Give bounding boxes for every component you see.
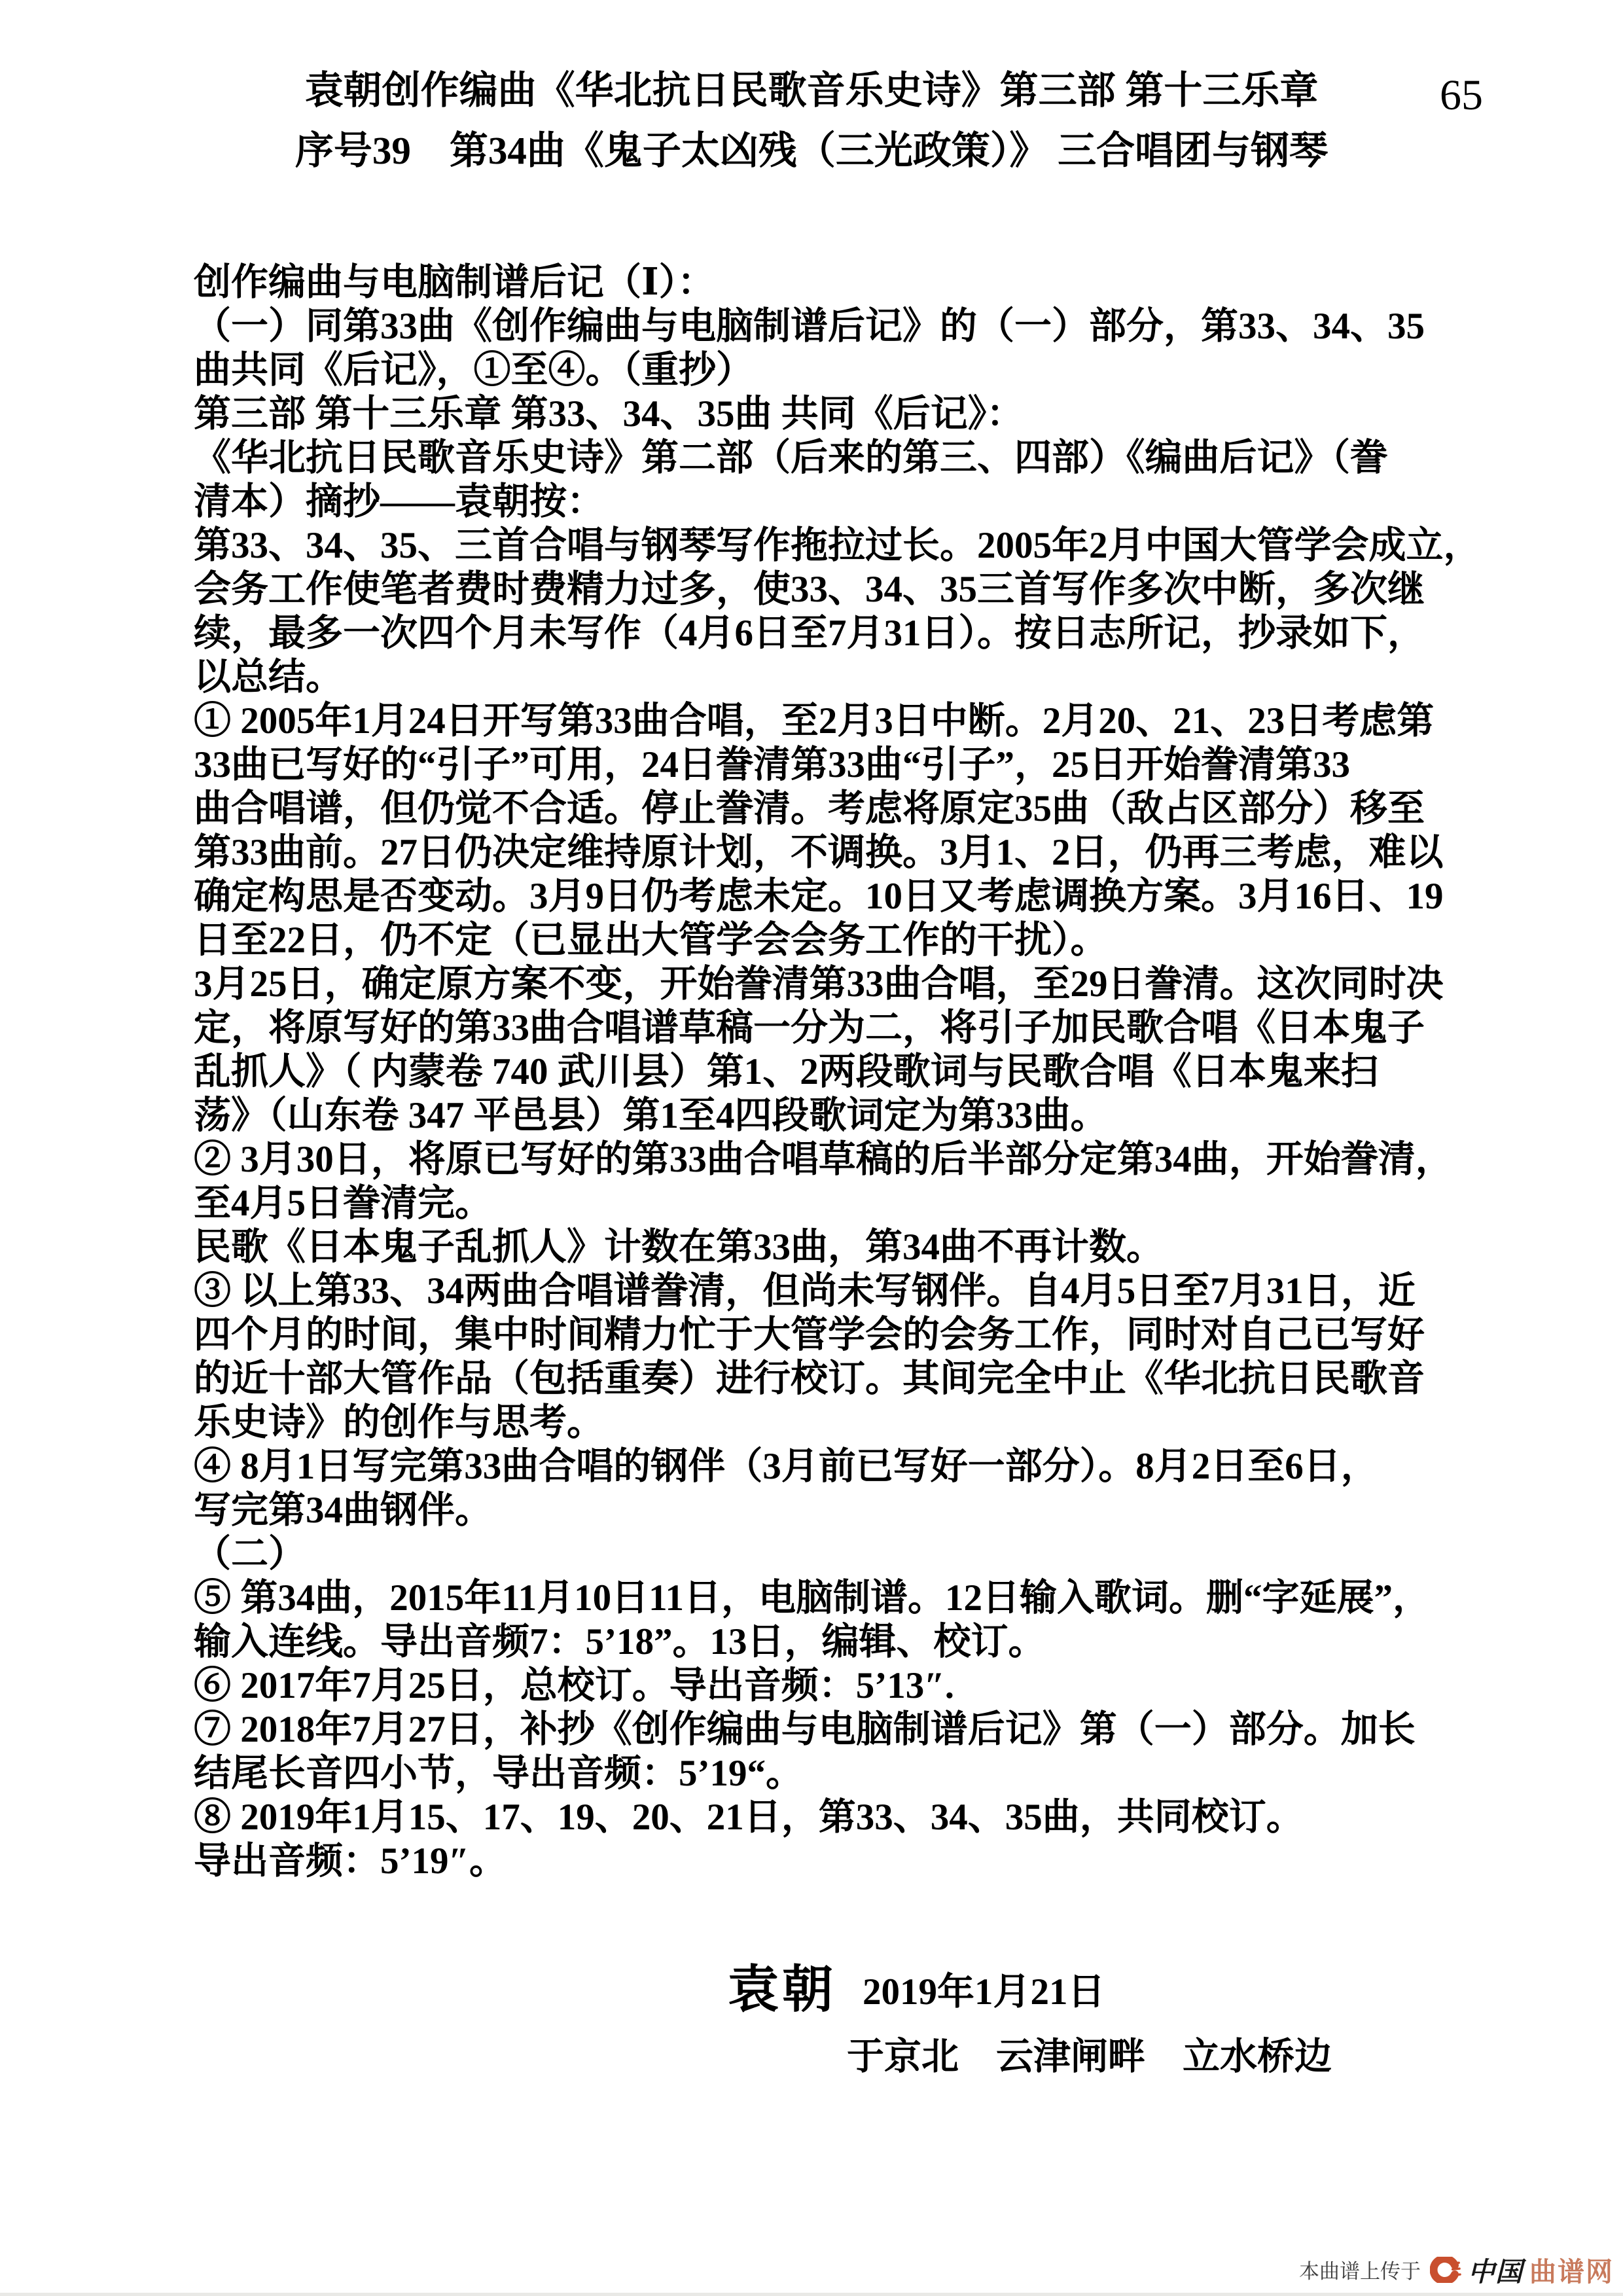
text-line: ③ 以上第33、34两曲合唱谱誊清，但尚未写钢伴。自4月5日至7月31日，近 xyxy=(194,1269,1481,1313)
text-line: 《华北抗日民歌音乐史诗》第二部（后来的第三、四部）《编曲后记》（誊 xyxy=(194,436,1481,480)
signature-block: 袁朝 2019年1月21日 于京北 云津闸畔 立水桥边 xyxy=(728,1964,1332,2080)
text-line: 清本）摘抄——袁朝按： xyxy=(194,480,1481,524)
text-line: ⑤ 第34曲，2015年11月10日11日，电脑制谱。12日输入歌词。删“字延展… xyxy=(194,1576,1481,1620)
document-page: 袁朝创作编曲《华北抗日民歌音乐史诗》第三部 第十三乐章 序号39 第34曲《鬼子… xyxy=(0,0,1623,2296)
text-line: 第三部 第十三乐章 第33、34、35曲 共同《后记》： xyxy=(194,392,1481,436)
author-name: 袁朝 xyxy=(728,1964,836,2016)
text-line: 乱抓人》（ 内蒙卷 740 武川县）第1、2两段歌词与民歌合唱《日本鬼来扫 xyxy=(194,1050,1481,1094)
text-line: 日至22日，仍不定（已显出大管学会会务工作的干扰）。 xyxy=(194,918,1481,962)
text-line: 创作编曲与电脑制谱后记（Ⅰ）： xyxy=(194,260,1481,304)
text-line: 四个月的时间，集中时间精力忙于大管学会的会务工作，同时对自己已写好 xyxy=(194,1313,1481,1357)
text-line: 的近十部大管作品（包括重奏）进行校订。其间完全中止《华北抗日民歌音 xyxy=(194,1357,1481,1401)
text-line: 至4月5日誊清完。 xyxy=(194,1181,1481,1225)
text-line: 定，将原写好的第33曲合唱谱草稿一分为二，将引子加民歌合唱《日本鬼子 xyxy=(194,1006,1481,1050)
text-line: 写完第34曲钢伴。 xyxy=(194,1488,1481,1532)
text-line: ① 2005年1月24日开写第33曲合唱，至2月3日中断。2月20、21、23日… xyxy=(194,699,1481,743)
page-number: 65 xyxy=(1440,71,1483,120)
signature-date: 2019年1月21日 xyxy=(863,1972,1105,2016)
text-line: 结尾长音四小节，导出音频：5’19“。 xyxy=(194,1751,1481,1795)
text-line: ⑦ 2018年7月27日，补抄《创作编曲与电脑制谱后记》第（一）部分。加长 xyxy=(194,1708,1481,1751)
music-score-site-logo-icon xyxy=(1430,2257,1461,2283)
text-line: ④ 8月1日写完第33曲合唱的钢伴（3月前已写好一部分）。8月2日至6日， xyxy=(194,1444,1481,1488)
text-line: ⑥ 2017年7月25日，总校订。导出音频：5’13″. xyxy=(194,1664,1481,1708)
header-title-line1: 袁朝创作编曲《华北抗日民歌音乐史诗》第三部 第十三乐章 xyxy=(111,60,1512,120)
text-line: 3月25日，确定原方案不变，开始誊清第33曲合唱，至29日誊清。这次同时决 xyxy=(194,962,1481,1006)
header-title-line2: 序号39 第34曲《鬼子太凶残（三光政策）》 三合唱团与钢琴 xyxy=(111,120,1512,181)
text-line: 导出音频：5’19″。 xyxy=(194,1839,1481,1883)
signature-row: 袁朝 2019年1月21日 xyxy=(728,1964,1332,2016)
text-line: 输入连线。导出音频7：5’18”。13日，编辑、校订。 xyxy=(194,1620,1481,1664)
signature-place: 于京北 云津闸畔 立水桥边 xyxy=(847,2026,1332,2080)
text-line: 乐史诗》的创作与思考。 xyxy=(194,1401,1481,1444)
text-line: （一）同第33曲《创作编曲与电脑制谱后记》的（一）部分，第33、34、35 xyxy=(194,304,1481,348)
document-body: 创作编曲与电脑制谱后记（Ⅰ）： （一）同第33曲《创作编曲与电脑制谱后记》的（一… xyxy=(194,260,1481,1883)
text-line: 民歌《日本鬼子乱抓人》计数在第33曲，第34曲不再计数。 xyxy=(194,1225,1481,1269)
text-line: 续，最多一次四个月未写作（4月6日至7月31日）。按日志所记，抄录如下， xyxy=(194,611,1481,655)
text-line: 确定构思是否变动。3月9日仍考虑未定。10日又考虑调换方案。3月16日、19 xyxy=(194,874,1481,918)
text-line: ② 3月30日，将原已写好的第33曲合唱草稿的后半部分定第34曲，开始誊清， xyxy=(194,1138,1481,1181)
text-line: 第33、34、35、三首合唱与钢琴写作拖拉过长。2005年2月中国大管学会成立， xyxy=(194,524,1481,567)
text-line: 以总结。 xyxy=(194,655,1481,699)
text-line: 第33曲前。27日仍决定维持原计划，不调换。3月1、2日，仍再三考虑，难以 xyxy=(194,831,1481,874)
text-line: 会务工作使笔者费时费精力过多，使33、34、35三首写作多次中断，多次继 xyxy=(194,567,1481,611)
watermark-prefix-text: 本曲谱上传于 xyxy=(1299,2255,1421,2284)
text-line: 曲共同《后记》，①至④。（重抄） xyxy=(194,348,1481,392)
text-line: 曲合唱谱，但仍觉不合适。停止誊清。考虑将原定35曲（敌占区部分）移至 xyxy=(194,787,1481,831)
site-watermark: 本曲谱上传于 中国 曲谱网 xyxy=(1299,2250,1614,2289)
text-line: ⑧ 2019年1月15、17、19、20、21日，第33、34、35曲，共同校订… xyxy=(194,1795,1481,1839)
text-line: （二） xyxy=(194,1532,1481,1576)
watermark-brand-black: 中国 xyxy=(1468,2250,1523,2289)
text-line: 荡》（山东卷 347 平邑县）第1至4四段歌词定为第33曲。 xyxy=(194,1094,1481,1138)
watermark-brand-colored: 曲谱网 xyxy=(1529,2250,1614,2289)
text-line: 33曲已写好的“引子”可用，24日誊清第33曲“引子”，25日开始誊清第33 xyxy=(194,743,1481,787)
document-header: 袁朝创作编曲《华北抗日民歌音乐史诗》第三部 第十三乐章 序号39 第34曲《鬼子… xyxy=(111,60,1512,181)
